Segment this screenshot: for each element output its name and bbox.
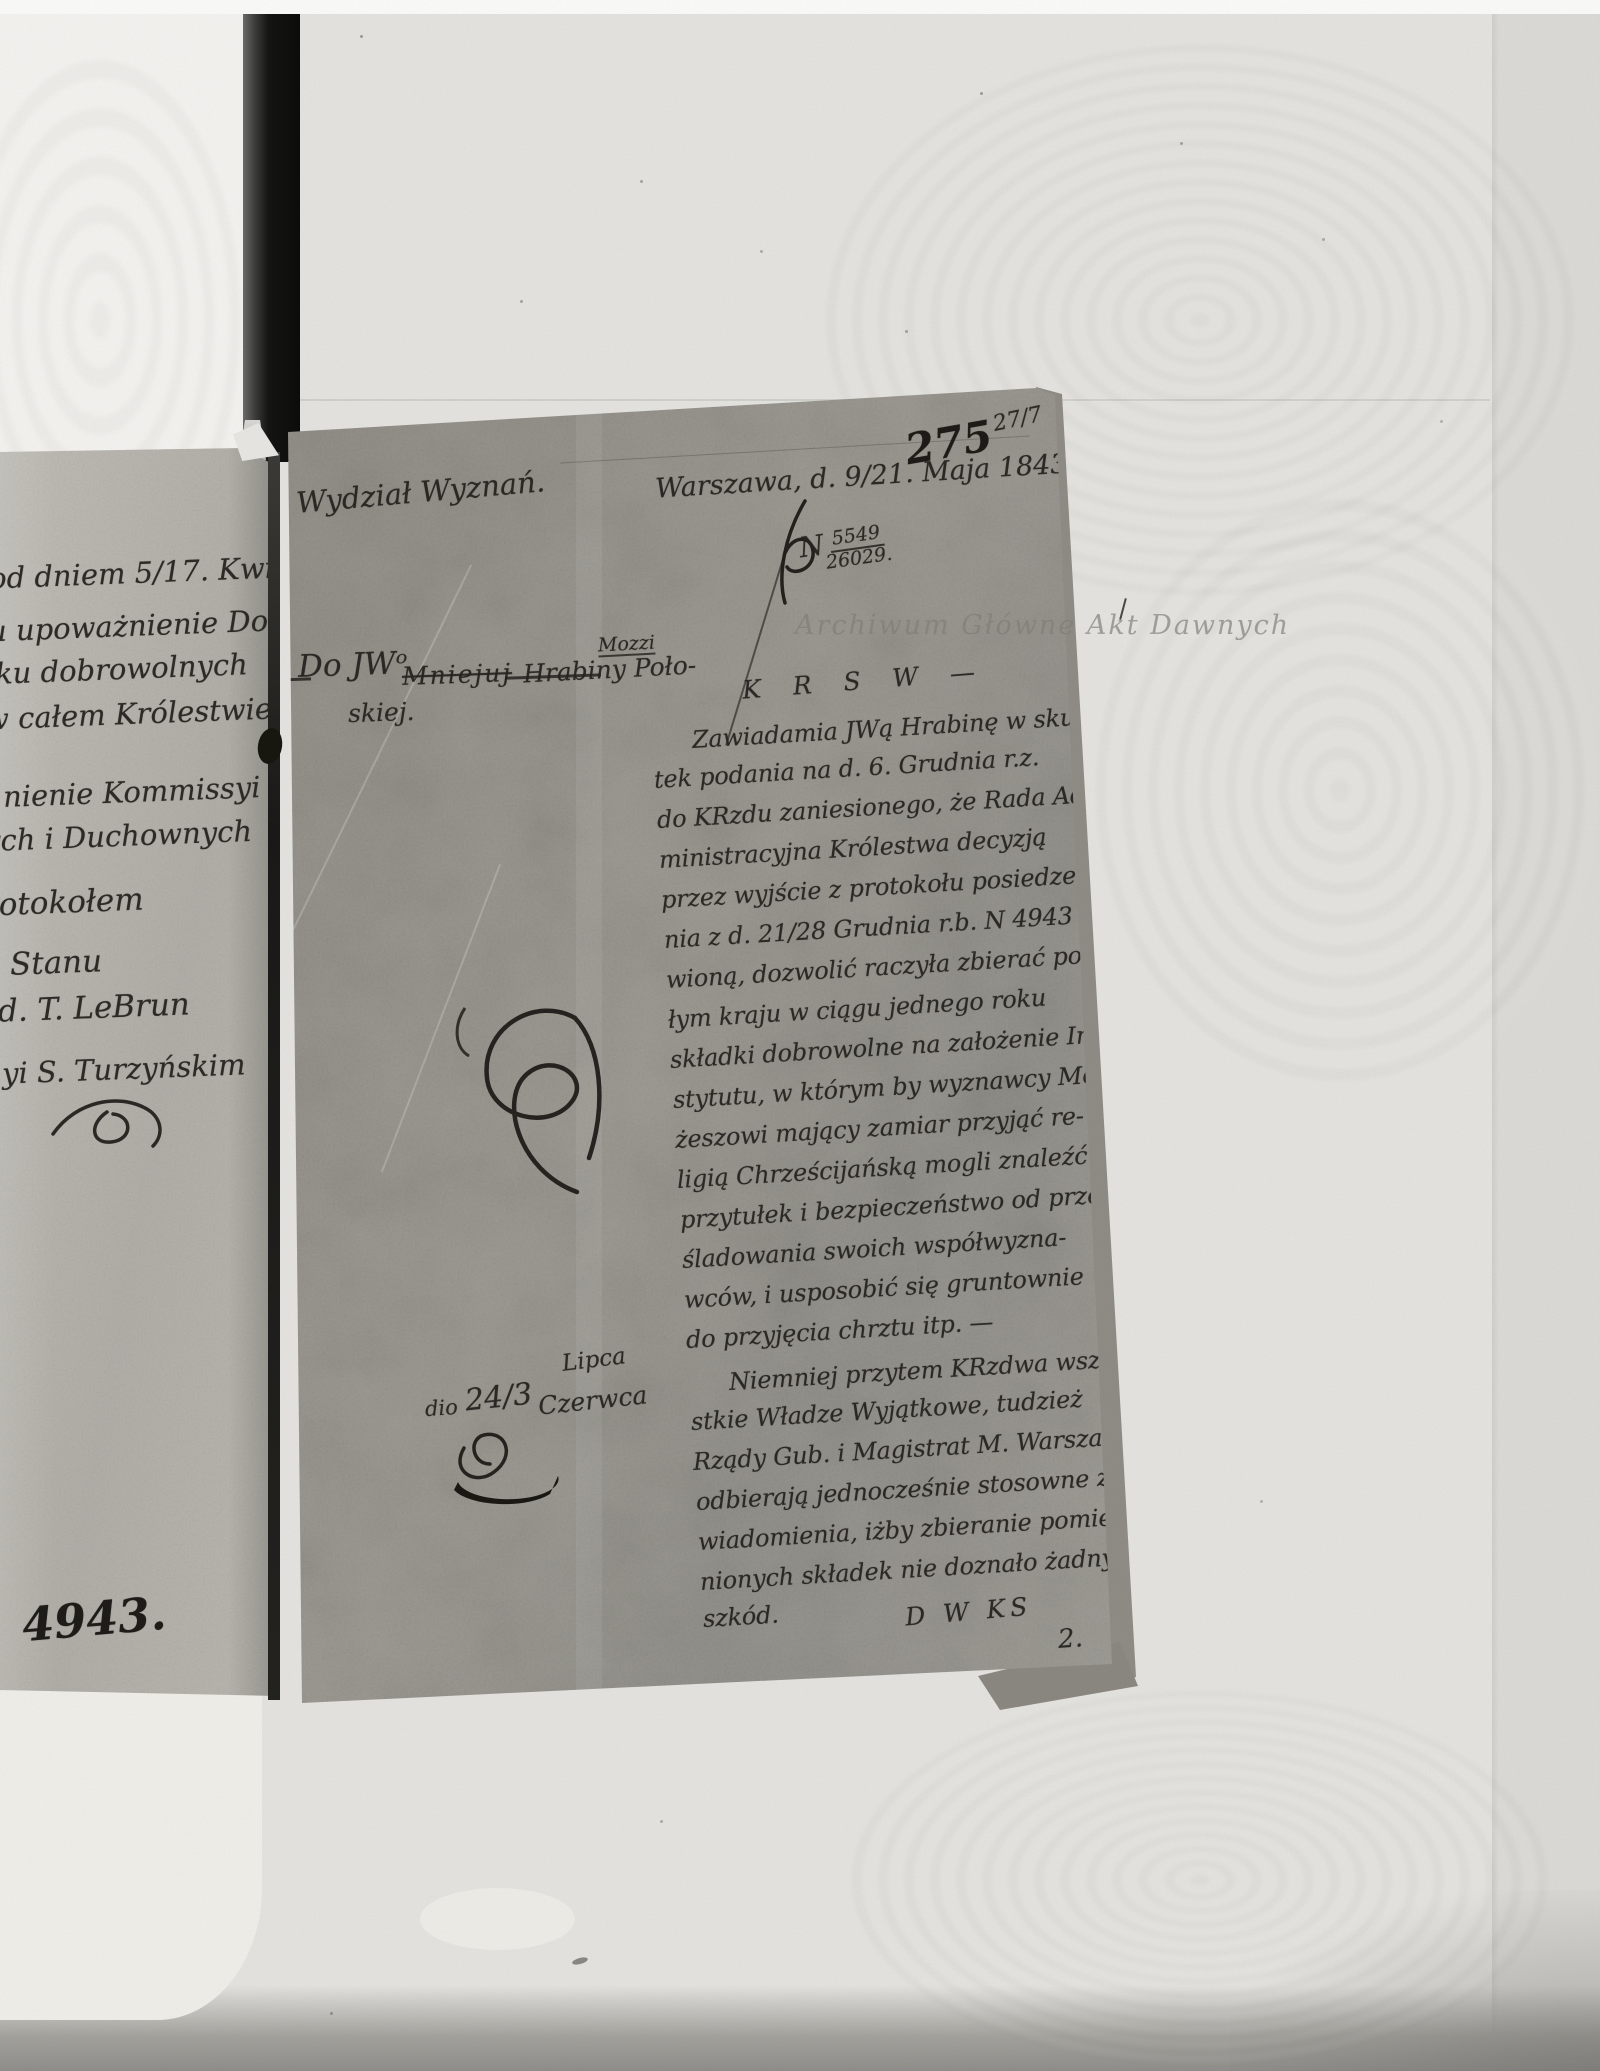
address-line2: skiej. bbox=[348, 699, 415, 726]
handwritten-line: nienie Kommissyi bbox=[2, 773, 260, 812]
handwritten-line: ą pod dniem 5/17. Kwi bbox=[0, 554, 274, 596]
speckles bbox=[0, 0, 3, 3]
background-light-blob bbox=[420, 1888, 575, 1950]
right-page: 275 27/7 Wydział Wyznań. Warszawa, d. 9/… bbox=[280, 383, 1132, 1717]
page-fold-highlight bbox=[576, 383, 602, 1717]
body-line: łym kraju w ciągu jednego roku bbox=[667, 986, 1046, 1032]
spine-gap bbox=[268, 452, 280, 1700]
address-struck-word: Mniejuj bbox=[402, 660, 513, 689]
expedito-number: 24/3 bbox=[464, 1380, 534, 1417]
left-page: ą pod dniem 5/17. Kwi u upoważnienie Do … bbox=[0, 448, 278, 1700]
address-do: Do JWᵒ bbox=[297, 648, 408, 683]
docket-page-number: 2. bbox=[1057, 1625, 1084, 1653]
salutation: K R S W — bbox=[741, 658, 987, 702]
handwritten-line: Stanu bbox=[9, 946, 102, 981]
moire-swirl bbox=[1080, 480, 1600, 1100]
department-label: Wydział Wyznań. bbox=[295, 467, 546, 518]
archive-watermark: Archiwum Główne Akt Dawnych bbox=[795, 610, 1290, 641]
expedito-paraph bbox=[448, 1420, 598, 1515]
expedito-month-lower: Czerwca bbox=[537, 1382, 648, 1418]
handwritten-line: ku dobrowolnych bbox=[0, 650, 248, 689]
pen-stroke bbox=[725, 549, 787, 746]
ref-number: N554926029. bbox=[797, 522, 893, 577]
expedito-month-upper: Lipca bbox=[561, 1345, 627, 1376]
expedito-word: dio bbox=[424, 1397, 458, 1420]
body-line: szkód. bbox=[702, 1603, 779, 1631]
body-line: wców, i usposobić się gruntownie bbox=[683, 1264, 1084, 1312]
body-line: ministracyjna Królestwa decyzją bbox=[658, 825, 1047, 872]
archival-scan-frame: ą pod dniem 5/17. Kwi u upoważnienie Do … bbox=[0, 0, 1600, 2071]
handwritten-line: Protokołem bbox=[0, 885, 145, 923]
handwritten-line: d. T. LeBrun bbox=[0, 989, 191, 1027]
handwritten-line: ych i Duchownych bbox=[0, 817, 252, 856]
background-top-edge bbox=[0, 0, 1600, 14]
closing-initials: D W KS bbox=[904, 1593, 1033, 1629]
frame-date-mark: 27/7 bbox=[991, 404, 1044, 436]
signature-paraph bbox=[45, 1086, 175, 1161]
address-line1: Hrabiny Poło- bbox=[522, 652, 696, 686]
body-line: śladowania swoich współwyzna- bbox=[681, 1225, 1067, 1272]
scratch-line bbox=[282, 564, 472, 951]
background-dark-speck bbox=[571, 1956, 588, 1966]
handwritten-line: yi S. Turzyńskim bbox=[2, 1050, 247, 1088]
large-paraph bbox=[425, 1000, 635, 1220]
handwritten-line: u upoważnienie Do bbox=[0, 607, 268, 647]
film-strip bbox=[243, 0, 300, 462]
handwritten-line: w całem Królestwie bbox=[0, 694, 272, 734]
dateline: Warszawa, d. 9/21. Maja 1843 — bbox=[655, 448, 1104, 502]
scratch-line bbox=[381, 864, 501, 1173]
moire-swirl bbox=[850, 1690, 1550, 2070]
background-bottom-left-light bbox=[0, 1690, 262, 2020]
docket-number: 4943. bbox=[20, 1590, 168, 1648]
body-line: do przyjęcia chrztu itp. — bbox=[685, 1310, 994, 1352]
